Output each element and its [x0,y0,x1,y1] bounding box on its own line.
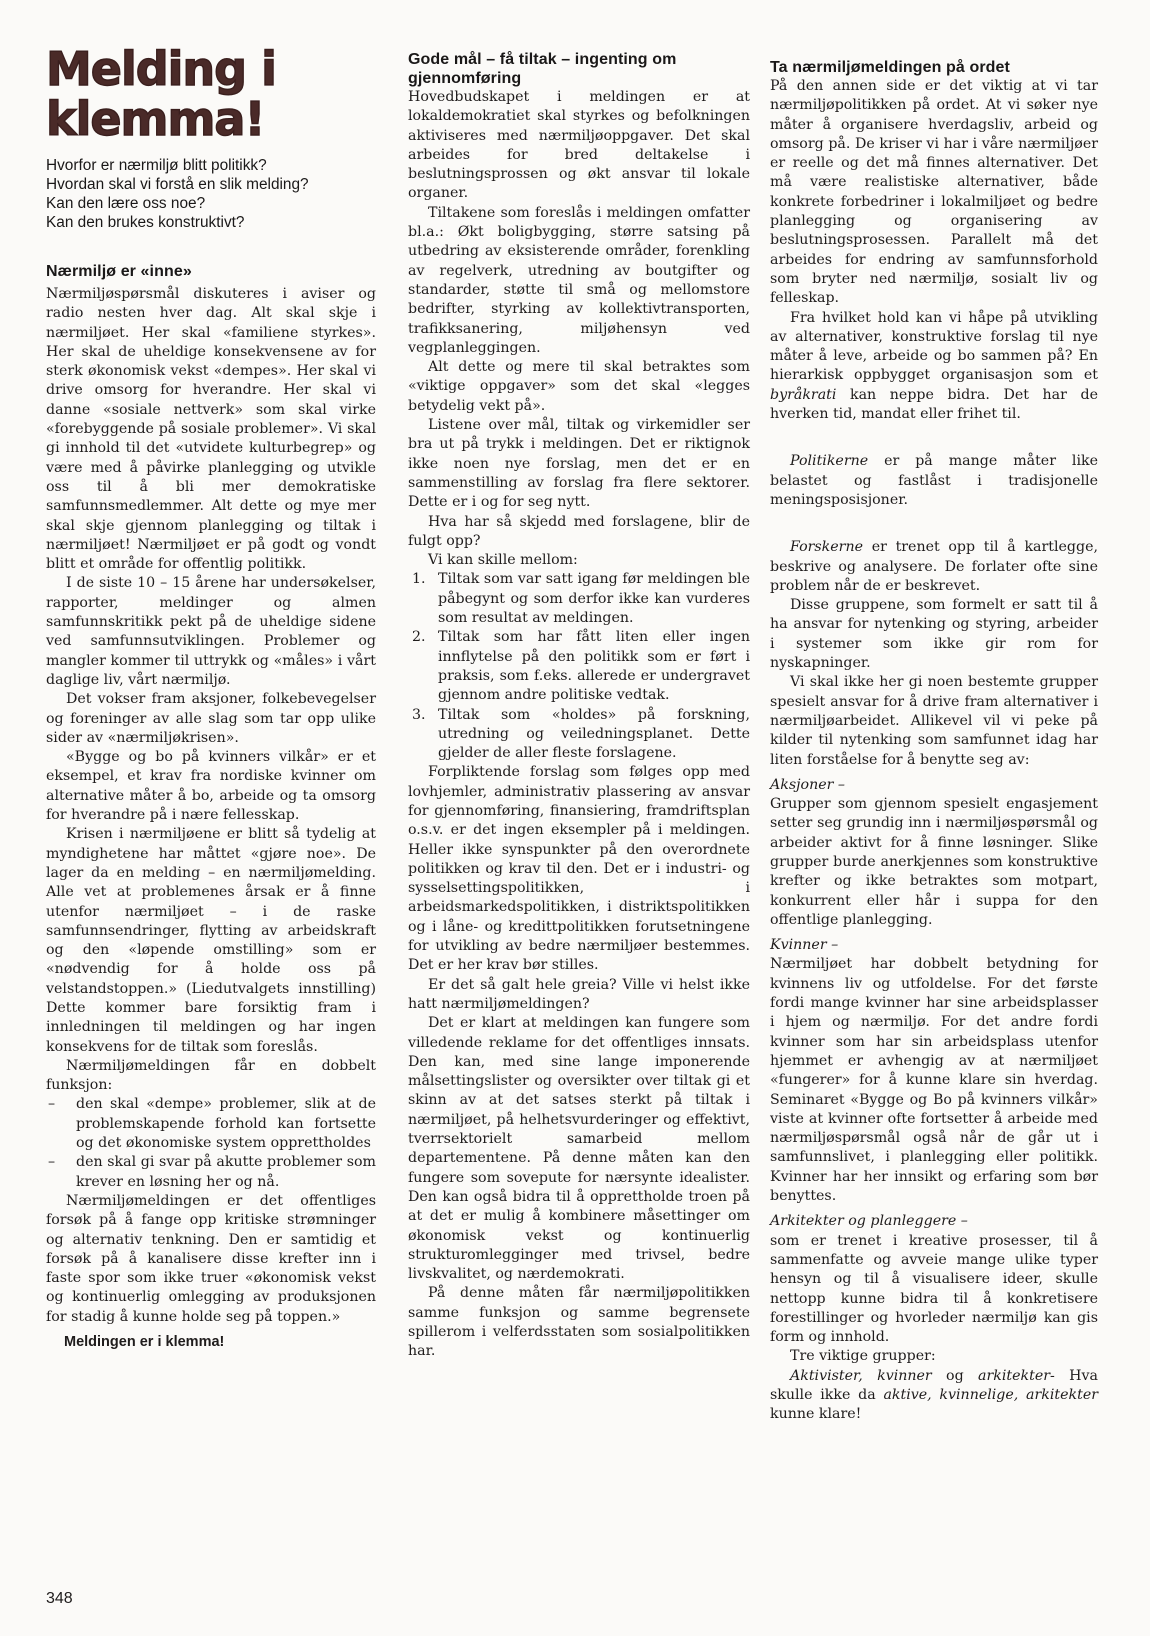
paragraph: Vi skal ikke her gi noen bestemte gruppe… [770,673,1098,769]
paragraph-forskerne: Forskerne er trenet opp til å kartlegge,… [770,538,1098,596]
group-label-aksjoner: Aksjoner – [770,776,1098,795]
lead-question: Hvorfor er nærmiljø blitt politikk? [46,156,376,175]
paragraph: Krisen i nærmiljøene er blitt så tydelig… [46,825,376,1057]
list-number: 3. [412,706,426,725]
paragraph: Forpliktende forslag som følges opp med … [408,763,750,975]
list-item: –den skal «dempe» problemer, slik at de … [46,1095,376,1153]
paragraph: Fra hvilket hold kan vi håpe på utviklin… [770,309,1098,425]
page-number: 348 [46,1590,73,1608]
paragraph: Tiltakene som foreslås i meldingen omfat… [408,204,750,358]
paragraph: «Bygge og bo på kvinners vilkår» er et e… [46,748,376,825]
list-item: 1.Tiltak som var satt igang før meldinge… [408,570,750,628]
paragraph: Nærmiljømeldingen får en dobbelt funksjo… [46,1057,376,1096]
section-heading-ta-naermiljomeldingen: Ta nærmiljømeldingen på ordet [770,58,1098,77]
paragraph: Hva har så skjedd med forslagene, blir d… [408,513,750,552]
magazine-page: Melding i klemma! Hvorfor er nærmiljø bl… [0,0,1150,1636]
paragraph: Nærmiljøspørsmål diskuteres i aviser og … [46,285,376,574]
paragraph: På den annen side er det viktig at vi ta… [770,77,1098,309]
title-line-1: Melding i [46,44,376,94]
dash-bullet: – [48,1095,55,1114]
paragraph-final: Aktivister, kvinner og arkitekter- Hva s… [770,1367,1098,1425]
paragraph: Hovedbudskapet i meldingen er at lokalde… [408,88,750,204]
list-item: 3.Tiltak som «holdes» på forskning, utre… [408,706,750,764]
closing-line: Meldingen er i klemma! [64,1333,376,1352]
paragraph: Er det så galt hele greia? Ville vi hels… [408,976,750,1015]
lead-questions: Hvorfor er nærmiljø blitt politikk? Hvor… [46,156,376,232]
column-3: Ta nærmiljømeldingen på ordet På den ann… [770,0,1098,1425]
paragraph: Det er klart at meldingen kan fungere so… [408,1014,750,1284]
paragraph: Disse gruppene, som formelt er satt til … [770,596,1098,673]
group-label-kvinner: Kvinner – [770,936,1098,955]
paragraph: Nærmiljømeldingen er det offentliges for… [46,1192,376,1327]
list-number: 1. [412,570,426,589]
dash-bullet: – [48,1153,55,1172]
paragraph: Vi kan skille mellom: [408,551,750,570]
column-1: Melding i klemma! Hvorfor er nærmiljø bl… [46,0,376,1352]
paragraph: Listene over mål, tiltak og virkemidler … [408,416,750,512]
lead-question: Hvordan skal vi forstå en slik melding? [46,175,376,194]
article-title: Melding i klemma! [46,44,376,144]
paragraph: Alt dette og mere til skal betraktes som… [408,358,750,416]
section-heading-naermiljo-inne: Nærmiljø er «inne» [46,262,376,281]
title-line-2: klemma! [46,94,376,144]
paragraph: Det vokser fram aksjoner, folkebevegelse… [46,690,376,748]
list-number: 2. [412,628,426,647]
paragraph: som er trenet i kreative prosesser, til … [770,1232,1098,1348]
paragraph-politikerne: Politikerne er på mange måter like belas… [770,452,1098,510]
list-item: –den skal gi svar på akutte problemer so… [46,1153,376,1192]
paragraph: Nærmiljøet har dobbelt betydning for kvi… [770,955,1098,1206]
group-label-arkitekter: Arkitekter og planleggere – [770,1212,1098,1231]
numbered-list: 1.Tiltak som var satt igang før meldinge… [408,570,750,763]
paragraph: I de siste 10 – 15 årene har undersøkels… [46,574,376,690]
section-heading-gode-mal: Gode mål – få tiltak – ingenting om gjen… [408,50,708,88]
column-2: Gode mål – få tiltak – ingenting om gjen… [408,0,750,1362]
lead-question: Kan den lære oss noe? [46,194,376,213]
paragraph: Grupper som gjennom spesielt engasjement… [770,795,1098,930]
paragraph: På denne måten får nærmiljøpolitikken sa… [408,1284,750,1361]
dash-list: –den skal «dempe» problemer, slik at de … [46,1095,376,1191]
paragraph: Tre viktige grupper: [770,1347,1098,1366]
list-item: 2.Tiltak som har fått liten eller ingen … [408,628,750,705]
lead-question: Kan den brukes konstruktivt? [46,213,376,232]
